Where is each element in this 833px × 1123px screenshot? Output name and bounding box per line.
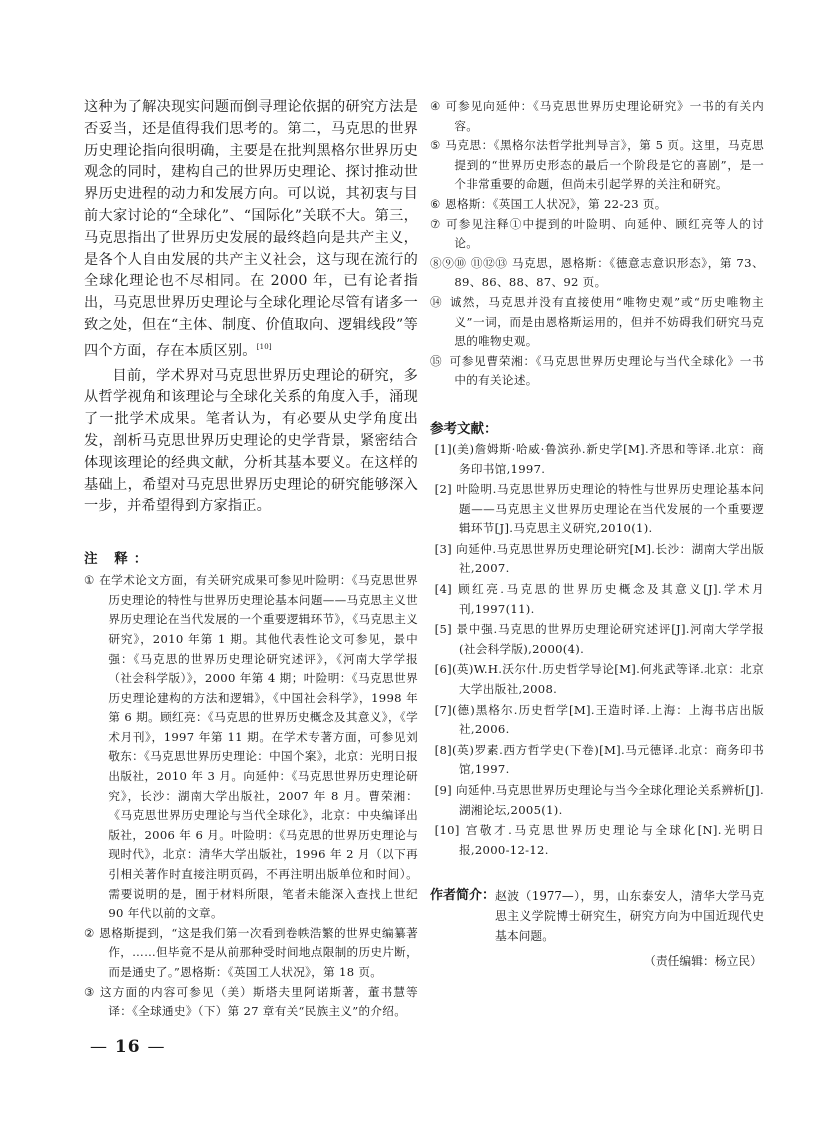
author-bio-text: 赵波（1977—），男，山东泰安人，清华大学马克思主义学院博士研究生，研究方向为… [495,886,764,946]
citation-marker[interactable]: [10] [257,343,272,351]
footnote-mark: ⑥ [430,195,445,215]
footnote-mark: ⑤ [430,136,445,156]
footnote-item: ③这方面的内容可参见（美）斯塔夫里阿诺斯著，董书慧等译：《全球通史》（下）第 2… [84,983,418,1022]
reference-item: [6](英)W.H.沃尔什.历史哲学导论[M].何兆武等译.北京：北京大学出版社… [430,660,764,699]
reference-text: 向延仲.马克思世界历史理论与当今全球化理论关系辨析[J].湖湘论坛,2005(1… [452,783,764,817]
reference-mark: [8] [435,743,452,757]
body-text: 这种为了解决现实问题而倒寻理论依据的研究方法是否妥当，还是值得我们思考的。第二，… [84,97,418,518]
reference-mark: [2] [435,482,452,496]
footnote-text: 在学术论文方面，有关研究成果可参见叶险明：《马克思世界历史理论的特性与世界历史理… [99,573,418,920]
footnote-item: ①在学术论文方面，有关研究成果可参见叶险明：《马克思世界历史理论的特性与世界历史… [84,571,418,924]
reference-text: (英)罗素.西方哲学史(下卷)[M].马元德译.北京：商务印书馆,1997. [452,743,764,777]
page-number: — 16 — [90,1037,166,1057]
reference-text: (英)W.H.沃尔什.历史哲学导论[M].何兆武等译.北京：北京大学出版社,20… [452,662,764,696]
footnote-mark: ⑭ [430,293,445,313]
references-list: [1](美)詹姆斯·哈威·鲁滨孙.新史学[M].齐思和等译.北京：商务印书馆,1… [430,440,764,860]
footnote-item: ⑮ 可参见曹荣湘：《马克思世界历史理论与当代全球化》一书中的有关论述。 [430,352,764,391]
left-column: 这种为了解决现实问题而倒寻理论依据的研究方法是否妥当，还是值得我们思考的。第二，… [84,97,418,1022]
footnote-text: 这方面的内容可参见（美）斯塔夫里阿诺斯著，董书慧等译：《全球通史》（下）第 27… [99,985,418,1019]
footnote-mark: ② [84,924,99,944]
reference-item: [3] 向延仲.马克思世界历史理论研究[M].长沙：湖南大学出版社,2007. [430,540,764,579]
reference-item: [7](德)黑格尔.历史哲学[M].王造时译.上海：上海书店出版社,2006. [430,701,764,740]
footnote-mark: ⑮ [430,352,445,372]
page-number-value: 16 [115,1037,141,1057]
reference-mark: [10] [435,823,460,837]
body-paragraph: 目前，学术界对马克思世界历史理论的研究，多从哲学视角和该理论与全球化关系的角度入… [84,366,418,519]
notes-heading: 注 释： [84,547,418,567]
page-number-dash-right: — [148,1037,166,1057]
author-bio: 作者简介： 赵波（1977—），男，山东泰安人，清华大学马克思主义学院博士研究生… [430,886,764,946]
reference-mark: [4] [435,582,452,596]
reference-mark: [5] [435,622,452,636]
reference-text: 叶险明.马克思世界历史理论的特性与世界历史理论基本问题——马克思主义世界历史理论… [452,482,764,535]
footnote-mark: ① [84,571,99,591]
reference-mark: [9] [435,783,452,797]
reference-text: 景中强.马克思的世界历史理论研究述评[J].河南大学学报(社会科学版),2000… [452,622,764,656]
reference-text: 向延仲.马克思世界历史理论研究[M].长沙：湖南大学出版社,2007. [452,542,764,576]
body-paragraph: 这种为了解决现实问题而倒寻理论依据的研究方法是否妥当，还是值得我们思考的。第二，… [84,97,418,363]
reference-text: (德)黑格尔.历史哲学[M].王造时译.上海：上海书店出版社,2006. [452,703,764,737]
responsible-editor: （责任编辑：杨立民） [430,952,764,969]
reference-item: [9] 向延仲.马克思世界历史理论与当今全球化理论关系辨析[J].湖湘论坛,20… [430,781,764,820]
notes-list-continued: ④可参见向延仲：《马克思世界历史理论研究》一书的有关内容。 ⑤马克思：《黑格尔法… [430,97,764,391]
reference-text: 宫敬才.马克思世界历史理论与全球化[N].光明日报,2000-12-12. [459,823,764,857]
footnote-item: ⑭ 诚然，马克思并没有直接使用“唯物史观”或“历史唯物主义”一词，而是由恩格斯运… [430,293,764,352]
footnote-mark: ⑦ [430,215,445,235]
reference-mark: [1] [435,442,452,456]
footnote-item: ⑧⑨⑩ ⑪⑫⑬ 马克思，恩格斯：《德意志意识形态》，第 73、89、86、88、… [430,254,764,293]
reference-item: [8](英)罗素.西方哲学史(下卷)[M].马元德译.北京：商务印书馆,1997… [430,741,764,780]
footnote-text: 恩格斯提到，“这是我们第一次看到卷帙浩繁的世界史编纂著作，……但毕竟不是从前那种… [99,926,418,979]
reference-mark: [3] [435,542,452,556]
footnote-text: 诚然，马克思并没有直接使用“唯物史观”或“历史唯物主义”一词，而是由恩格斯运用的… [445,295,764,348]
notes-list: ①在学术论文方面，有关研究成果可参见叶险明：《马克思世界历史理论的特性与世界历史… [84,571,418,1022]
footnote-text: 可参见曹荣湘：《马克思世界历史理论与当代全球化》一书中的有关论述。 [445,354,764,388]
reference-text: 顾红亮.马克思的世界历史概念及其意义[J].学术月刊,1997(11). [452,582,764,616]
reference-mark: [6] [435,662,452,676]
reference-text: (美)詹姆斯·哈威·鲁滨孙.新史学[M].齐思和等译.北京：商务印书馆,1997… [452,442,764,476]
reference-mark: [7] [435,703,452,717]
reference-item: [10] 宫敬才.马克思世界历史理论与全球化[N].光明日报,2000-12-1… [430,821,764,860]
footnote-text: 马克思：《黑格尔法哲学批判导言》，第 5 页。这里，马克思提到的“世界历史形态的… [445,138,764,191]
footnote-mark: ③ [84,983,99,1003]
footnote-text: 可参见注释①中提到的叶险明、向延仲、顾红亮等人的讨论。 [445,217,764,251]
footnote-text: 可参见向延仲：《马克思世界历史理论研究》一书的有关内容。 [445,99,764,133]
footnote-text: 恩格斯：《英国工人状况》，第 22-23 页。 [445,197,667,211]
page-number-dash-left: — [90,1037,108,1057]
footnote-item: ⑤马克思：《黑格尔法哲学批判导言》，第 5 页。这里，马克思提到的“世界历史形态… [430,136,764,195]
footnote-item: ④可参见向延仲：《马克思世界历史理论研究》一书的有关内容。 [430,97,764,136]
author-bio-label: 作者简介： [430,886,495,946]
reference-item: [4] 顾红亮.马克思的世界历史概念及其意义[J].学术月刊,1997(11). [430,580,764,619]
footnote-item: ②恩格斯提到，“这是我们第一次看到卷帙浩繁的世界史编纂著作，……但毕竟不是从前那… [84,924,418,983]
reference-item: [2] 叶险明.马克思世界历史理论的特性与世界历史理论基本问题——马克思主义世界… [430,480,764,539]
footnote-mark: ④ [430,97,445,117]
reference-item: [5] 景中强.马克思的世界历史理论研究述评[J].河南大学学报(社会科学版),… [430,620,764,659]
footnote-item: ⑥恩格斯：《英国工人状况》，第 22-23 页。 [430,195,764,215]
right-column: ④可参见向延仲：《马克思世界历史理论研究》一书的有关内容。 ⑤马克思：《黑格尔法… [430,97,764,969]
footnote-mark: ⑧⑨⑩ ⑪⑫⑬ [430,256,508,270]
paragraph-text: 这种为了解决现实问题而倒寻理论依据的研究方法是否妥当，还是值得我们思考的。第二，… [84,99,418,359]
references-heading: 参考文献： [430,417,764,437]
reference-item: [1](美)詹姆斯·哈威·鲁滨孙.新史学[M].齐思和等译.北京：商务印书馆,1… [430,440,764,479]
footnote-item: ⑦可参见注释①中提到的叶险明、向延仲、顾红亮等人的讨论。 [430,215,764,254]
